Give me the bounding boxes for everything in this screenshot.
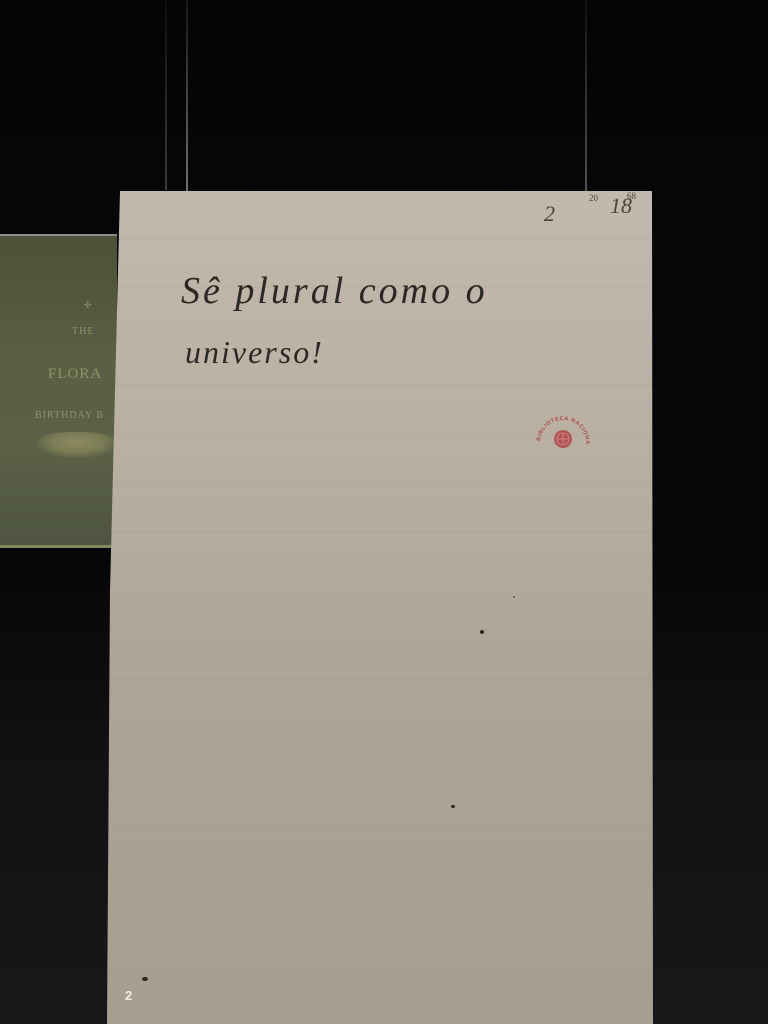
book-ornament-flourish: [36, 432, 118, 458]
paper-spot: [480, 630, 484, 634]
hanging-wire-left-back: [165, 0, 167, 190]
manuscript-page: 2 20 18 68 Sê plural como o universo! BI…: [107, 191, 653, 1024]
book-subtitle: BIRTHDAY B: [35, 410, 104, 421]
book-ornament: ✣: [84, 300, 93, 311]
book-title-flora: FLORA: [48, 366, 102, 383]
hanging-wire-right: [585, 0, 587, 192]
paper-spot: [142, 977, 148, 981]
catalog-number-small: 20: [589, 193, 598, 203]
paper-spot: [513, 596, 515, 598]
book-title-the: THE: [72, 326, 94, 337]
catalog-number-left: 2: [544, 201, 555, 227]
handwritten-line-2: universo!: [185, 334, 324, 371]
catalog-number-superscript: 68: [627, 191, 636, 201]
book-cover: ✣ THE FLORA BIRTHDAY B: [0, 234, 117, 548]
paper-spot: [451, 805, 455, 808]
handwritten-line-1: Sê plural como o: [181, 269, 488, 313]
hanging-wire-left: [186, 0, 188, 192]
page-number-watermark: 2: [125, 988, 132, 1003]
library-stamp-icon: BIBLIOTECA NACIONAL: [534, 413, 592, 449]
